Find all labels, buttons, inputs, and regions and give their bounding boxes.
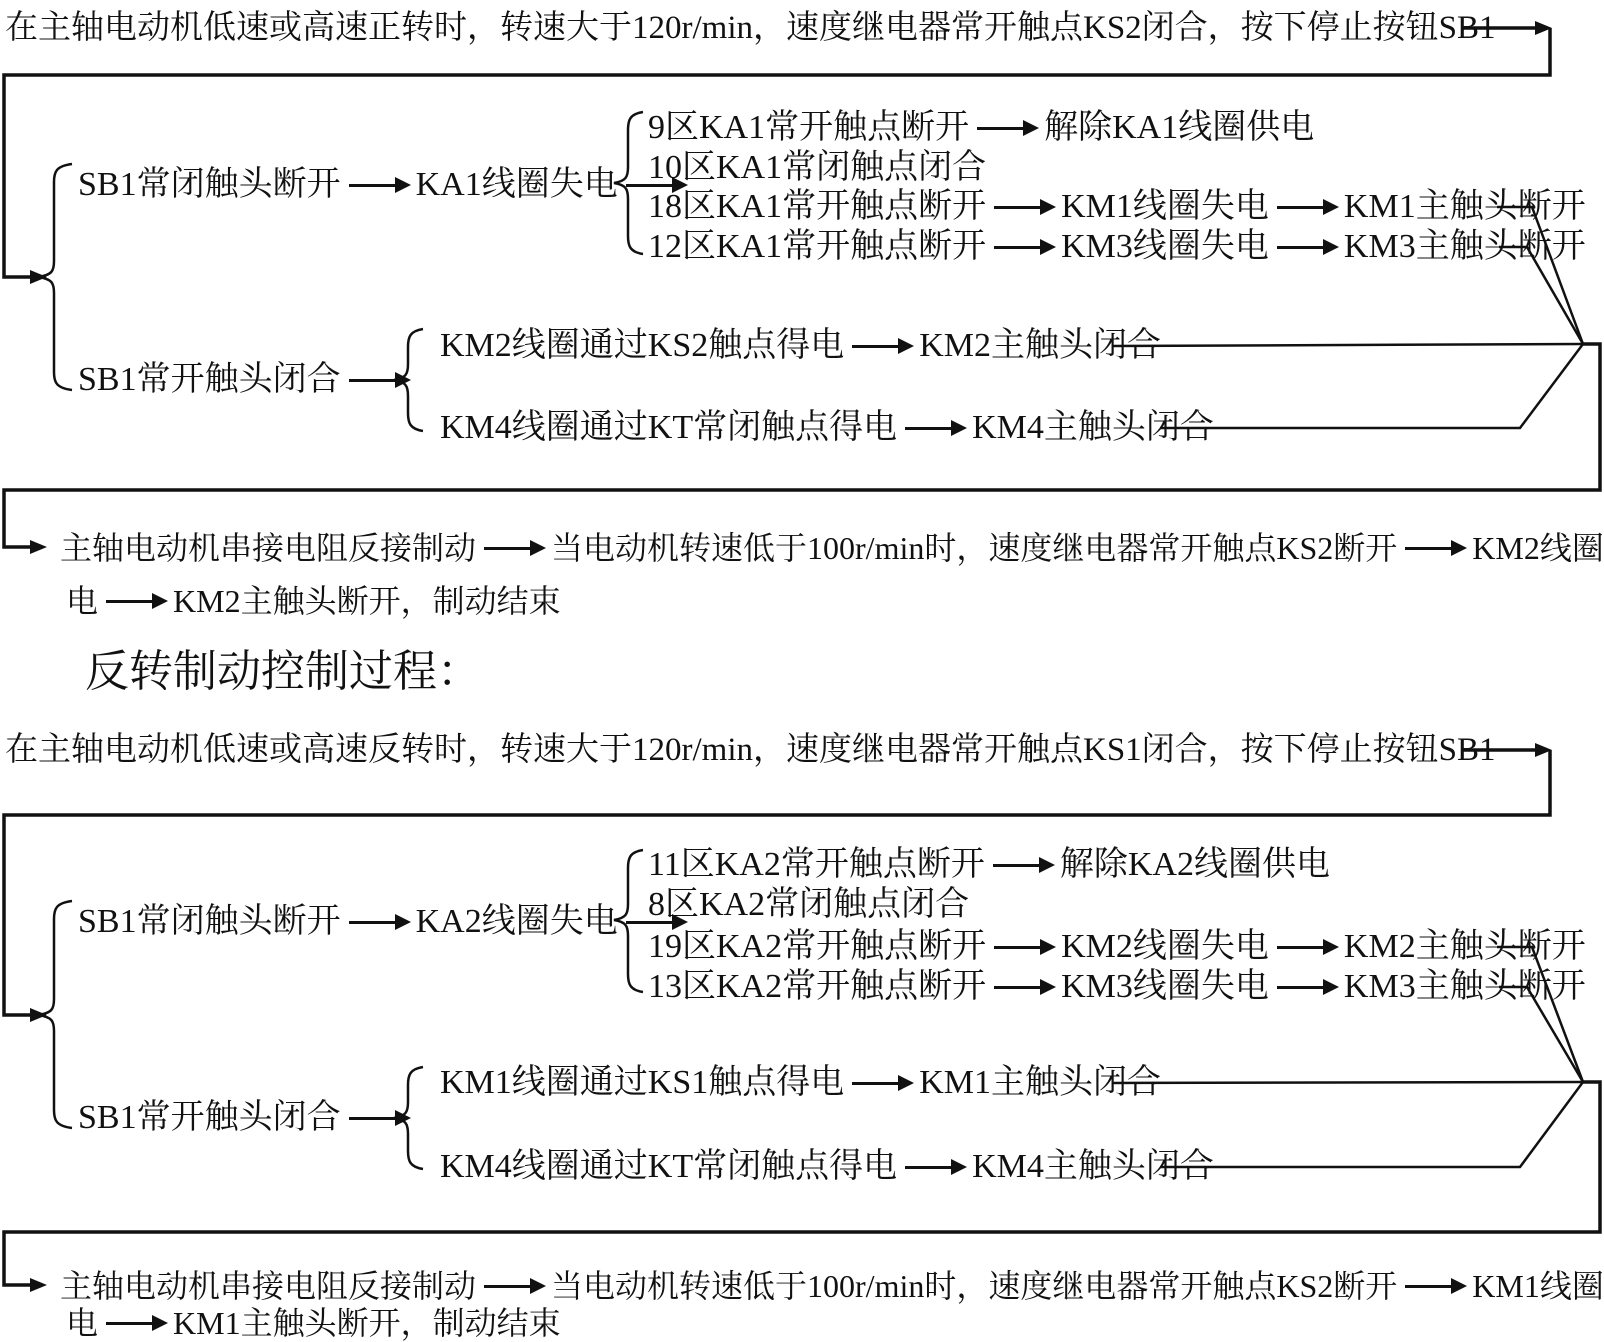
flow-step-text: 主轴电动机串接电阻反接制动 — [60, 526, 476, 570]
arrow-right-icon — [905, 1166, 951, 1169]
arrow-right-icon — [852, 345, 898, 348]
arrow-right-icon — [349, 379, 395, 382]
flow-step-text: KA1线圈失电 — [416, 163, 618, 207]
flow-step-text: 18区KA1常开触点断开 — [648, 185, 986, 229]
forward-no-branch: SB1常开触头闭合 — [78, 358, 416, 402]
flow-step-text: 当电动机转速低于100r/min时，速度继电器常开触点KS2断开 — [551, 1264, 1397, 1308]
flow-step-text: 解除KA2线圈供电 — [1060, 843, 1330, 887]
flow-step-text: 9区KA1常开触点断开 — [648, 106, 969, 150]
reverse-result-line2: 电 KM1主触头断开，制动结束 — [66, 1301, 561, 1342]
forward-no-outcome-row: KM4线圈通过KT常闭触点得电 KM4主触头闭合 — [440, 406, 1214, 450]
arrow-right-icon — [484, 547, 530, 550]
forward-main-brace — [38, 164, 72, 390]
flow-step-text: SB1常闭触头断开 — [78, 900, 341, 944]
reverse-nc-outcome-row: 19区KA2常开触点断开 KM2线圈失电 KM2主触头断开 — [648, 925, 1586, 969]
forward-nc-outcome-row: 18区KA1常开触点断开 KM1线圈失电 KM1主触头断开 — [648, 185, 1586, 229]
heading-text: 反转制动控制过程： — [85, 644, 481, 700]
reverse-nc-outcome-row: 8区KA2常闭触点闭合 — [648, 883, 969, 927]
arrow-right-icon — [349, 1117, 395, 1120]
flow-step-text: KM3主触头断开 — [1344, 965, 1586, 1009]
flow-step-text: 在主轴电动机低速或高速反转时，转速大于120r/min，速度继电器常开触点KS1… — [5, 728, 1496, 772]
arrow-right-icon — [852, 1082, 898, 1085]
reverse-no-branch: SB1常开触头闭合 — [78, 1096, 416, 1140]
flow-step-text: 电 — [66, 1301, 98, 1342]
arrow-right-icon — [994, 986, 1040, 989]
reverse-no-outcome-row: KM1线圈通过KS1触点得电 KM1主触头闭合 — [440, 1061, 1161, 1105]
flow-step-text: 解除KA1线圈供电 — [1044, 106, 1314, 150]
forward-nc-outcome-row: 10区KA1常闭触点闭合 — [648, 146, 986, 190]
arrow-right-icon — [1277, 946, 1323, 949]
flow-step-text: KM1线圈失电 — [1061, 185, 1269, 229]
flow-step-text: 19区KA2常开触点断开 — [648, 925, 986, 969]
arrow-right-icon — [1405, 1285, 1451, 1288]
flow-step-text: 13区KA2常开触点断开 — [648, 965, 986, 1009]
flow-step-text: KM4主触头闭合 — [972, 406, 1214, 450]
flow-step-text: KM2主触头断开 — [1344, 925, 1586, 969]
arrow-right-icon — [994, 206, 1040, 209]
flow-step-text: SB1常开触头闭合 — [78, 1096, 341, 1140]
reverse-nc-outcome-row: 13区KA2常开触点断开 KM3线圈失电 KM3主触头断开 — [648, 965, 1586, 1009]
forward-km4-merge-line — [1160, 344, 1583, 428]
arrow-right-icon — [106, 1322, 152, 1325]
reverse-nc-outcome-row: 11区KA2常开触点断开 解除KA2线圈供电 — [648, 843, 1330, 887]
flow-step-text: KM3线圈失电 — [1061, 225, 1269, 269]
reverse-nc-branch: SB1常闭触头断开 KA2线圈失电 — [78, 900, 693, 944]
flow-step-text: KM4线圈通过KT常闭触点得电 — [440, 406, 897, 450]
flow-step-text: SB1常开触头闭合 — [78, 358, 341, 402]
arrow-right-icon — [905, 427, 951, 430]
forward-km2-merge-line — [1112, 344, 1583, 346]
reverse-km1-merge-line — [1112, 1082, 1583, 1083]
arrow-right-icon — [1277, 246, 1323, 249]
forward-result-line1: 主轴电动机串接电阻反接制动 当电动机转速低于100r/min时，速度继电器常开触… — [60, 526, 1604, 570]
flow-step-text: KA2线圈失电 — [416, 900, 618, 944]
flow-step-text: 10区KA1常闭触点闭合 — [648, 146, 986, 190]
forward-result-arrowhead-icon — [30, 540, 47, 554]
flow-step-text: KM1主触头断开 — [1344, 185, 1586, 229]
flow-step-text: KM2主触头闭合 — [919, 324, 1161, 368]
flow-step-text: 在主轴电动机低速或高速正转时，转速大于120r/min，速度继电器常开触点KS2… — [5, 6, 1496, 50]
reverse-km4-merge-line — [1160, 1082, 1583, 1167]
reverse-trigger: 在主轴电动机低速或高速反转时，转速大于120r/min，速度继电器常开触点KS1… — [5, 728, 1496, 772]
reverse-result-arrowhead-icon — [30, 1278, 47, 1292]
forward-trigger: 在主轴电动机低速或高速正转时，转速大于120r/min，速度继电器常开触点KS2… — [5, 6, 1496, 50]
forward-nc-outcome-row: 9区KA1常开触点断开 解除KA1线圈供电 — [648, 106, 1314, 150]
forward-nc-branch: SB1常闭触头断开 KA1线圈失电 — [78, 163, 693, 207]
flow-step-text: 12区KA1常开触点断开 — [648, 225, 986, 269]
arrow-right-icon — [977, 127, 1023, 130]
flow-step-text: KM1线圈通过KS1触点得电 — [440, 1061, 844, 1105]
flow-step-text: KM2线圈通过KS2触点得电 — [440, 324, 844, 368]
forward-result-line2: 电 KM2主触头断开，制动结束 — [66, 579, 561, 623]
flow-step-text: KM3线圈失电 — [1061, 965, 1269, 1009]
arrow-right-icon — [1405, 547, 1451, 550]
flow-step-text: 11区KA2常开触点断开 — [648, 843, 985, 887]
flow-step-text: KM2线圈失电 — [1061, 925, 1269, 969]
flow-step-text: KM1主触头断开，制动结束 — [173, 1301, 561, 1342]
arrow-right-icon — [349, 184, 395, 187]
flow-step-text: SB1常闭触头断开 — [78, 163, 341, 207]
flow-step-text: KM4线圈通过KT常闭触点得电 — [440, 1145, 897, 1189]
reverse-section-heading: 反转制动控制过程： — [85, 644, 481, 700]
flow-step-text: KM4主触头闭合 — [972, 1145, 1214, 1189]
flow-step-text: 8区KA2常闭触点闭合 — [648, 883, 969, 927]
arrow-right-icon — [349, 921, 395, 924]
flow-step-text: KM1主触头闭合 — [919, 1061, 1161, 1105]
forward-no-outcome-row: KM2线圈通过KS2触点得电 KM2主触头闭合 — [440, 324, 1161, 368]
reverse-no-outcome-row: KM4线圈通过KT常闭触点得电 KM4主触头闭合 — [440, 1145, 1214, 1189]
arrow-right-icon — [106, 600, 152, 603]
flowchart-canvas: 在主轴电动机低速或高速正转时，转速大于120r/min，速度继电器常开触点KS2… — [0, 0, 1604, 1342]
arrow-right-icon — [993, 864, 1039, 867]
arrow-right-icon — [994, 946, 1040, 949]
arrow-right-icon — [1277, 206, 1323, 209]
forward-nc-outcome-row: 12区KA1常开触点断开 KM3线圈失电 KM3主触头断开 — [648, 225, 1586, 269]
arrow-right-icon — [994, 246, 1040, 249]
arrow-right-icon — [484, 1285, 530, 1288]
flow-step-text: KM2线圈失 — [1472, 526, 1604, 570]
flow-step-text: KM2主触头断开，制动结束 — [173, 579, 561, 623]
flow-step-text: 电 — [66, 579, 98, 623]
flow-step-text: KM3主触头断开 — [1344, 225, 1586, 269]
reverse-main-brace — [38, 901, 72, 1128]
flow-step-text: KM1线圈失 — [1472, 1264, 1604, 1308]
arrow-right-icon — [1277, 986, 1323, 989]
flow-step-text: 当电动机转速低于100r/min时，速度继电器常开触点KS2断开 — [551, 526, 1397, 570]
